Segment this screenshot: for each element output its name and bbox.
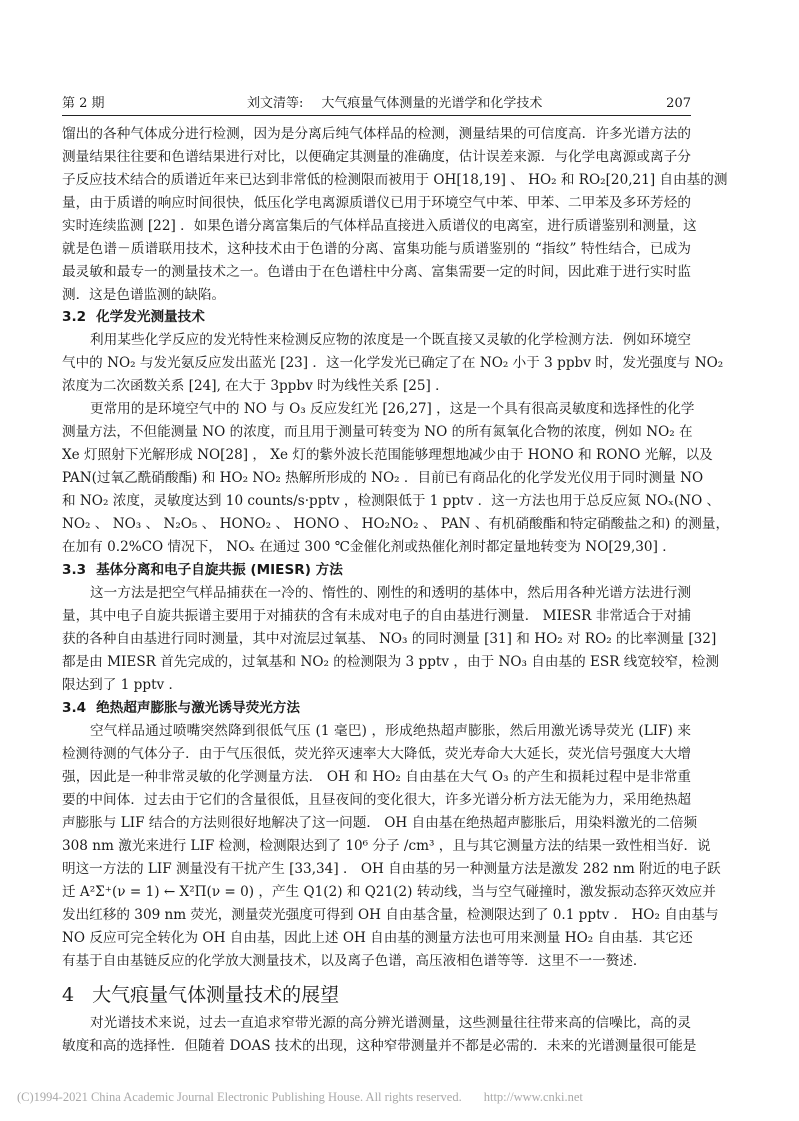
text-line: NO 反应可完全转化为 OH 自由基，因此上述 OH 自由基的测量方法也可用来测… [62,928,691,948]
text-line: 气中的 NO₂ 与发光氨反应发出蓝光 [23] ．这一化学发光已确定了在 NO₂… [62,353,691,373]
text-line: 获的各种自由基进行同时测量，其中对流层过氧基、 NO₃ 的同时测量 [31] 和… [62,629,691,649]
footer-url[interactable]: http://www.cnki.net [484,1090,583,1104]
text-line: 要的中间体．过去由于它们的含量很低，且昼夜间的变化很大，许多光谱分析方法无能为力… [62,790,691,810]
text-line: 在加有 0.2%CO 情况下， NOₓ 在通过 300 ℃金催化剂或热催化剂时都… [62,537,691,557]
section-title: 大气痕量气体测量技术的展望 [92,984,339,1006]
copyright-footer: (C)1994-2021 China Academic Journal Elec… [17,1089,583,1105]
copyright-text: (C)1994-2021 China Academic Journal Elec… [17,1090,462,1104]
text-line: 有基于自由基链反应的化学放大测量技术，以及离子色谱，高压液相色谱等等．这里不一一… [62,951,691,971]
header-authors: 刘文清等: [247,96,303,111]
text-line: 迁 A²Σ⁺(ν = 1) ← X²Π(ν = 0) ，产生 Q1(2) 和 Q… [62,882,691,902]
text-line: 明这一方法的 LIF 测量没有干扰产生 [33,34] ． OH 自由基的另一种… [62,859,691,879]
section-heading-4: 4大气痕量气体测量技术的展望 [62,982,339,1008]
running-header: 刘文清等:大气痕量气体测量的光谱学和化学技术 [247,96,542,112]
text-line: 子反应技术结合的质谱近年来已达到非常低的检测限而被用于 OH[18,19] 、 … [62,170,691,190]
text-line: 对光谱技术来说，过去一直追求窄带光源的高分辨光谱测量，这些测量往往带来高的信噪比… [90,1013,691,1033]
section-heading-3-4: 3.4绝热超声膨胀与激光诱导荧光方法 [62,698,300,718]
text-line: 这一方法是把空气样品捕获在一冷的、惰性的、刚性的和透明的基体中，然后用各种光谱方… [90,583,691,603]
text-line: NO₂ 、 NO₃ 、 N₂O₅ 、 HONO₂ 、 HONO 、 HO₂NO₂… [62,514,691,534]
section-number: 3.4 [62,700,86,716]
text-line: 和 NO₂ 浓度，灵敏度达到 10 counts/s·pptv ，检测限低于 1… [62,491,691,511]
text-line: 308 nm 激光来进行 LIF 检测，检测限达到了 10⁶ 分子 /cm³ ，… [62,836,691,856]
text-line: 利用某些化学反应的发光特性来检测反应物的浓度是一个既直接又灵敏的化学检测方法．例… [90,330,691,350]
text-line: 测．这是色谱监测的缺陷。 [62,285,691,305]
text-line: Xe 灯照射下光解形成 NO[28] ， Xe 灯的紫外波长范围能够理想地减少由… [62,445,691,465]
text-line: 空气样品通过喷嘴突然降到很低气压 (1 毫巴) ，形成绝热超声膨胀，然后用激光诱… [90,721,691,741]
issue-label: 第 2 期 [62,96,105,112]
section-number: 3.2 [62,309,86,325]
text-line: 浓度为二次函数关系 [24], 在大于 3ppbv 时为线性关系 [25] ． [62,376,691,396]
header-title: 大气痕量气体测量的光谱学和化学技术 [321,96,542,111]
section-title: 化学发光测量技术 [96,309,205,325]
text-line: 更常用的是环境空气中的 NO 与 O₃ 反应发红光 [26,27] ，这是一个具… [90,399,691,419]
text-line: 都是由 MIESR 首先完成的，过氧基和 NO₂ 的检测限为 3 pptv ，由… [62,652,691,672]
text-line: 强，因此是一种非常灵敏的化学测量方法． OH 和 HO₂ 自由基在大气 O₃ 的… [62,767,691,787]
section-title: 基体分离和电子自旋共振 (MIESR) 方法 [96,562,343,578]
text-line: 测量方法，不但能测量 NO 的浓度，而且用于测量可转变为 NO 的所有氮氧化合物… [62,422,691,442]
page-number: 207 [666,96,691,112]
text-line: 馏出的各种气体成分进行检测，因为是分离后纯气体样品的检测，测量结果的可信度高．许… [62,124,691,144]
section-number: 4 [62,984,74,1006]
text-line: 测量结果往往要和色谱结果进行对比，以便确定其测量的准确度，估计误差来源．与化学电… [62,147,691,167]
header-rule [62,115,691,116]
section-title: 绝热超声膨胀与激光诱导荧光方法 [96,700,300,716]
text-line: 量，其中电子自旋共振谱主要用于对捕获的含有未成对电子的自由基进行测量． MIES… [62,606,691,626]
text-line: 就是色谱－质谱联用技术，这种技术由于色谱的分离、富集功能与质谱鉴别的 “指纹” … [62,239,691,259]
section-heading-3-3: 3.3基体分离和电子自旋共振 (MIESR) 方法 [62,560,343,580]
text-line: 限达到了 1 pptv ． [62,675,691,695]
text-line: 实时连续监测 [22] ．如果色谱分离富集后的气体样品直接进入质谱仪的电离室，进… [62,216,691,236]
paper-page: 第 2 期 刘文清等:大气痕量气体测量的光谱学和化学技术 207 馏出的各种气体… [0,0,799,1121]
text-line: 检测待测的气体分子．由于气压很低，荧光猝灭速率大大降低，荧光寿命大大延长，荧光信… [62,744,691,764]
text-line: 声膨胀与 LIF 结合的方法则很好地解决了这一问题． OH 自由基在绝热超声膨胀… [62,813,691,833]
section-number: 3.3 [62,562,86,578]
text-line: 敏度和高的选择性．但随着 DOAS 技术的出现，这种窄带测量并不都是必需的．未来… [62,1036,691,1056]
text-line: 量，由于质谱的响应时间很快，低压化学电离源质谱仪已用于环境空气中苯、甲苯、二甲苯… [62,193,691,213]
text-line: 发出红移的 309 nm 荧光，测量荧光强度可得到 OH 自由基含量，检测限达到… [62,905,691,925]
text-line: 最灵敏和最专一的测量技术之一。色谱由于在色谱柱中分离、富集需要一定的时间，因此难… [62,262,691,282]
section-heading-3-2: 3.2化学发光测量技术 [62,307,205,327]
text-line: PAN(过氧乙酰硝酸酯) 和 HO₂ NO₂ 热解所形成的 NO₂ ．目前已有商… [62,468,691,488]
